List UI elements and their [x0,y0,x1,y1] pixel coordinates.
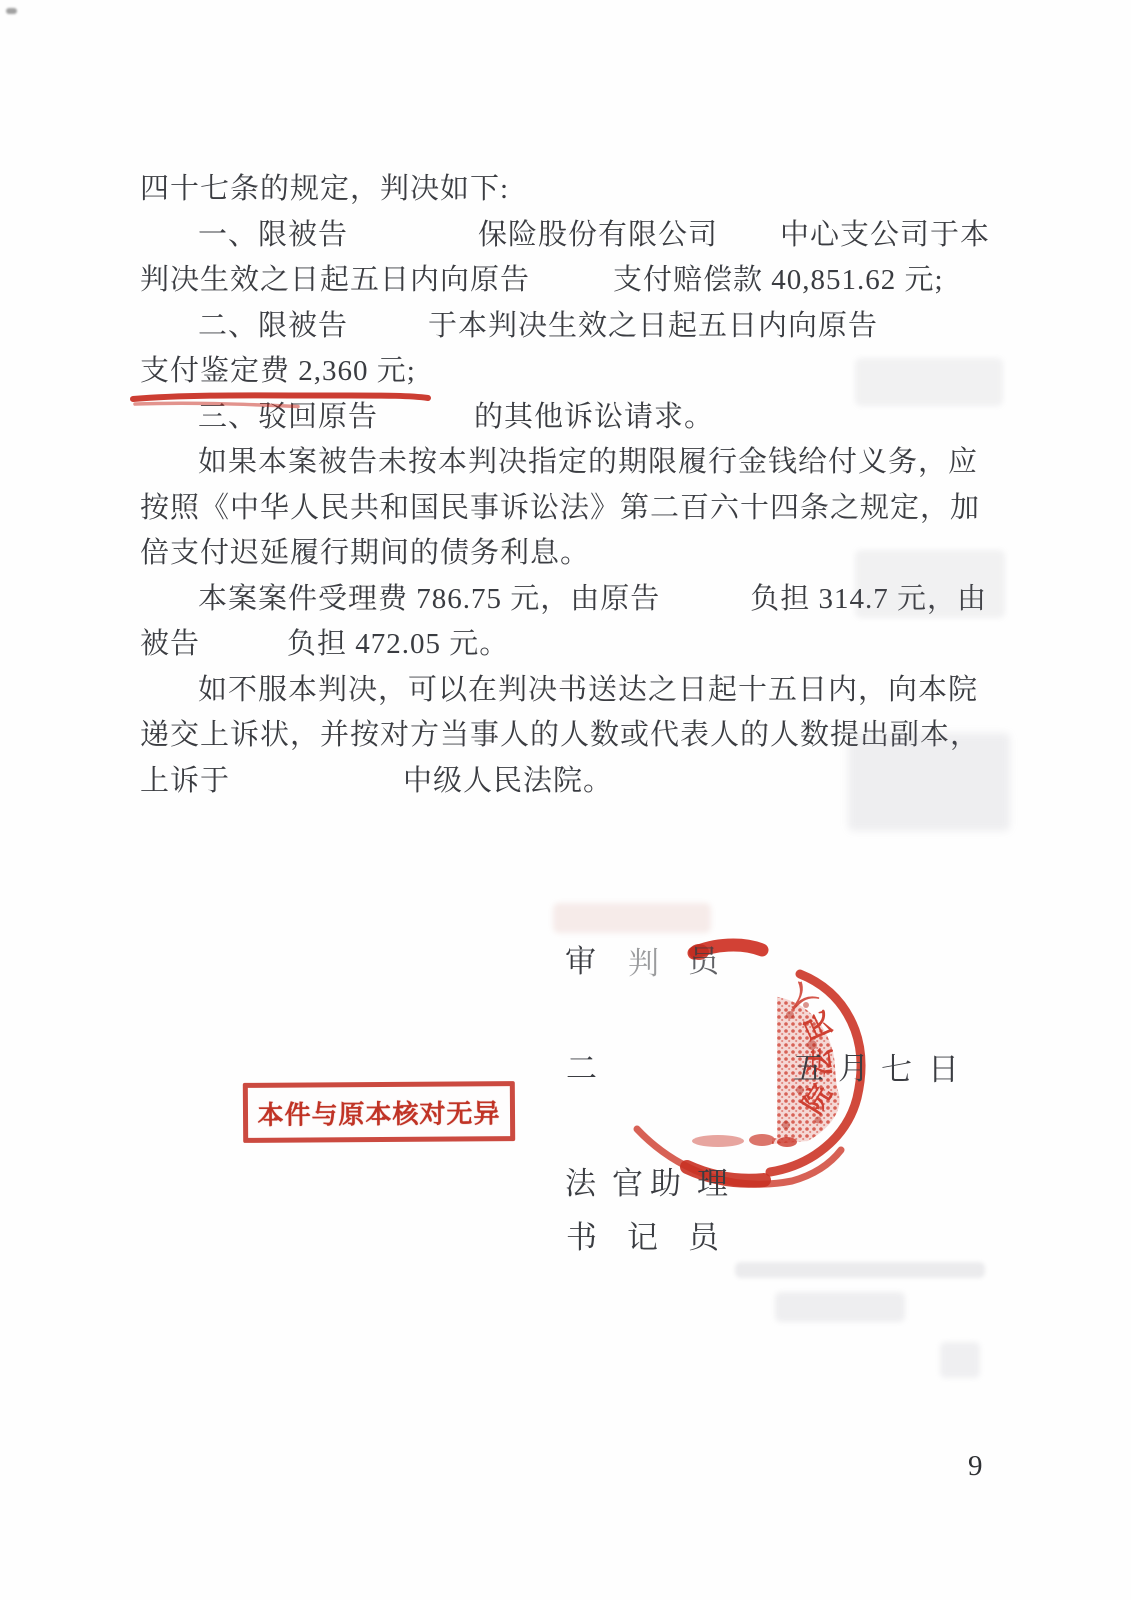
judgment-line: 三、驳回原告的其他诉讼请求。 [140,395,1000,441]
judgment-text-segment: 判决生效之日起五日内向原告 [140,258,530,304]
seal-character: 人 [781,976,823,1019]
judgment-text-segment: 倍支付迟延履行期间的债务利息。 [140,531,590,577]
date-char: 二 [566,1052,597,1086]
seal-characters: 人民法院 [781,976,839,1119]
redaction-gap [230,759,403,760]
judgment-line: 二、限被告于本判决生效之日起五日内向原告 [140,304,1000,350]
judgment-line: 如不服本判决，可以在判决书送达之日起十五日内，向本院 [140,668,1000,714]
date-char: 五 [793,1052,824,1086]
clerk-label-char: 记 [627,1221,658,1255]
judgment-text-segment: 的其他诉讼请求。 [474,395,714,441]
redaction-gap [348,304,428,305]
judgment-text-segment: 负担 314.7 元，由 [750,577,987,623]
assistant-label-char: 官 [612,1167,643,1201]
redaction-gap [200,622,287,623]
judgment-text-segment: 如果本案被告未按本判决指定的期限履行金钱给付义务，应 [198,440,978,486]
judgment-line: 如果本案被告未按本判决指定的期限履行金钱给付义务，应 [140,440,1000,486]
assistant-label-char: 法 [565,1167,596,1201]
judgment-text-segment: 三、驳回原告 [198,395,378,441]
judgment-line: 上诉于中级人民法院。 [140,759,1000,805]
assistant-label-char: 理 [697,1167,728,1201]
bleed-through-mark [940,1342,980,1378]
seal-redaction-box [592,958,777,1138]
judgment-line: 本案案件受理费 786.75 元，由原告负担 314.7 元，由 [140,577,1000,623]
judgment-text-segment: 四十七条的规定，判决如下: [140,167,509,213]
date-char: 日 [928,1053,959,1087]
page-number: 9 [968,1450,983,1483]
redaction-gap [660,577,750,578]
clerk-label-char: 员 [688,1221,719,1255]
seal-character: 民 [798,1006,839,1045]
judgment-line: 倍支付迟延履行期间的债务利息。 [140,531,1000,577]
redaction-gap [348,213,478,214]
clerk-label-char: 书 [566,1221,597,1255]
judge-label-char: 审 [565,945,596,979]
judgment-text-segment: 中心支公司于本 [780,213,990,259]
judgment-text-segment: 支付赔偿款 40,851.62 元; [613,258,944,304]
judgment-text-segment: 二、限被告 [198,304,348,350]
judgment-text-segment: 按照《中华人民共和国民事诉讼法》第二百六十四条之规定，加 [140,486,980,532]
judgment-line: 被告负担 472.05 元。 [140,622,1000,668]
judge-label-char: 判 [628,947,659,981]
redaction-gap [378,395,474,396]
redaction-gap [718,213,780,214]
judgment-line: 递交上诉状，并按对方当事人的人数或代表人的人数提出副本， [140,713,1000,759]
judgment-line: 按照《中华人民共和国民事诉讼法》第二百六十四条之规定，加 [140,486,1000,532]
judgment-text-segment: 保险股份有限公司 [478,213,718,259]
judgment-text-segment: 本案案件受理费 786.75 元，由原告 [198,577,660,623]
judgment-text-segment: 中级人民法院。 [403,759,613,805]
verification-stamp-text: 本件与原本核对无异 [257,1093,500,1132]
judgment-text-segment: 上诉于 [140,759,230,805]
judgment-text-segment: 一、限被告 [198,213,348,259]
verification-stamp: 本件与原本核对无异 [243,1081,515,1143]
judgment-line: 判决生效之日起五日内向原告支付赔偿款 40,851.62 元; [140,258,1000,304]
bleed-through-mark [775,1292,905,1322]
scan-speck [6,8,17,14]
bleed-through-mark [735,1262,985,1278]
judgment-text-segment: 递交上诉状，并按对方当事人的人数或代表人的人数提出副本， [140,713,980,759]
judgment-line: 支付鉴定费 2,360 元; [140,349,1000,395]
bleed-through-mark [553,903,711,933]
assistant-label-char: 助 [650,1167,681,1201]
judgment-text-segment: 如不服本判决，可以在判决书送达之日起十五日内，向本院 [198,668,978,714]
scanned-judgment-page: 四十七条的规定，判决如下:一、限被告保险股份有限公司中心支公司于本判决生效之日起… [0,0,1131,1600]
judgment-line: 四十七条的规定，判决如下: [140,167,1000,213]
redaction-gap [530,258,613,259]
date-char: 七 [881,1053,912,1087]
judgment-text-segment: 负担 472.05 元。 [287,622,509,668]
judgment-text-segment: 支付鉴定费 2,360 元; [140,349,416,395]
judgment-text-segment: 于本判决生效之日起五日内向原告 [428,304,878,350]
judge-label-char: 员 [688,945,719,979]
judgment-text-segment: 被告 [140,622,200,668]
judgment-text-block: 四十七条的规定，判决如下:一、限被告保险股份有限公司中心支公司于本判决生效之日起… [140,167,1000,804]
date-char: 月 [838,1052,869,1086]
judgment-line: 一、限被告保险股份有限公司中心支公司于本 [140,213,1000,259]
seal-bottom-glyph-bits [692,1134,797,1147]
